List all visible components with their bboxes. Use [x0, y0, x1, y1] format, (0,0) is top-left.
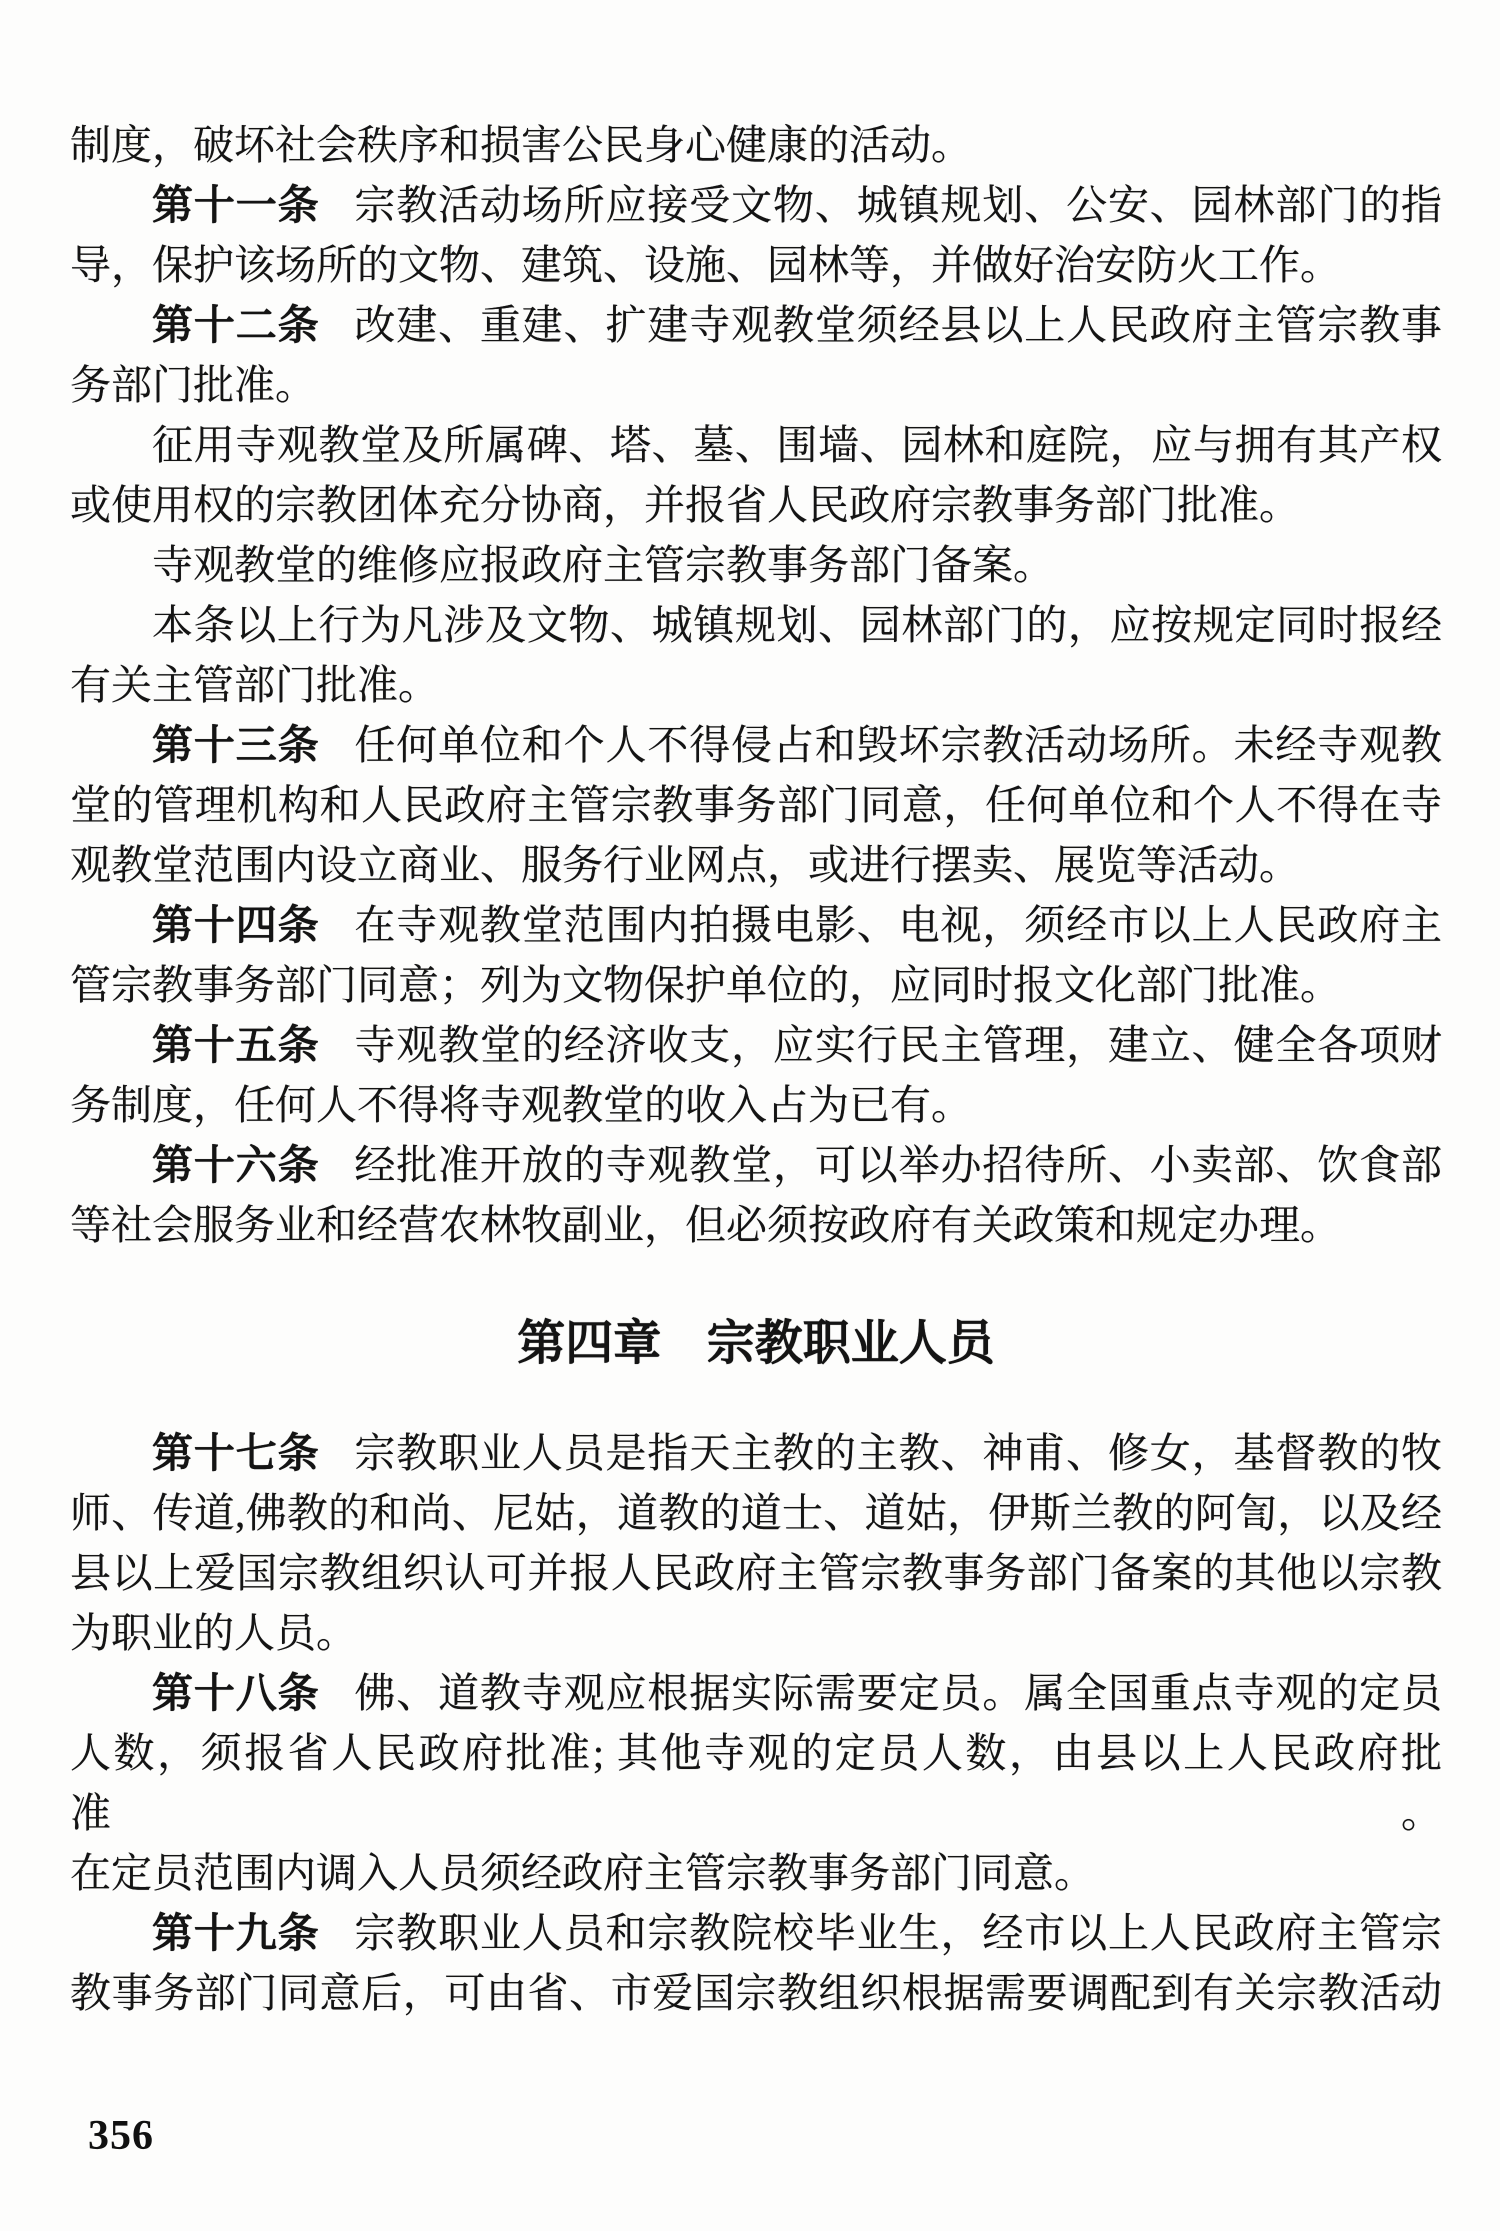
chapter-number: 第四章	[517, 1317, 661, 1370]
article-paragraph-line: 第十五条寺观教堂的经济收支，应实行民主管理，建立、健全各项财	[70, 1015, 1442, 1075]
article-paragraph-line: 第十四条在寺观教堂范围内拍摄电影、电视，须经市以上人民政府主	[70, 895, 1442, 955]
text-line: 为职业的人员。	[70, 1603, 1442, 1663]
article-paragraph-line: 第十九条宗教职业人员和宗教院校毕业生，经市以上人民政府主管宗	[70, 1903, 1442, 1963]
article-paragraph-line: 第十八条佛、道教寺观应根据实际需要定员。属全国重点寺观的定员	[70, 1663, 1442, 1723]
text-line: 有关主管部门批准。	[70, 655, 1442, 715]
article-number-label: 第十六条	[152, 1142, 319, 1188]
text-line: 或使用权的宗教团体充分协商，并报省人民政府宗教事务部门批准。	[70, 475, 1442, 535]
article-number-label: 第十三条	[152, 722, 319, 768]
article-number-label: 第十七条	[152, 1430, 319, 1476]
text-line: 导，保护该场所的文物、建筑、设施、园林等，并做好治安防火工作。	[70, 235, 1442, 295]
article-paragraph-line: 第十一条宗教活动场所应接受文物、城镇规划、公安、园林部门的指	[70, 175, 1442, 235]
text-line: 堂的管理机构和人民政府主管宗教事务部门同意，任何单位和个人不得在寺	[70, 775, 1442, 835]
article-number-label: 第十八条	[152, 1670, 319, 1716]
text-line: 观教堂范围内设立商业、服务行业网点，或进行摆卖、展览等活动。	[70, 835, 1442, 895]
article-paragraph-line: 第十三条任何单位和个人不得侵占和毁坏宗教活动场所。未经寺观教	[70, 715, 1442, 775]
chapter-title: 宗教职业人员	[707, 1317, 995, 1370]
text-line: 等社会服务业和经营农林牧副业，但必须按政府有关政策和规定办理。	[70, 1195, 1442, 1255]
text-line: 教事务部门同意后，可由省、市爱国宗教组织根据需要调配到有关宗教活动	[70, 1963, 1442, 2023]
article-number-label: 第十二条	[152, 302, 319, 348]
text-line: 务制度，任何人不得将寺观教堂的收入占为已有。	[70, 1075, 1442, 1135]
body-text: 制度，破坏社会秩序和损害公民身心健康的活动。第十一条宗教活动场所应接受文物、城镇…	[70, 115, 1442, 2023]
article-number-label: 第十四条	[152, 902, 319, 948]
article-number-label: 第十五条	[152, 1022, 319, 1068]
text-line: 制度，破坏社会秩序和损害公民身心健康的活动。	[70, 115, 1442, 175]
text-line: 管宗教事务部门同意；列为文物保护单位的，应同时报文化部门批准。	[70, 955, 1442, 1015]
text-line: 在定员范围内调入人员须经政府主管宗教事务部门同意。	[70, 1843, 1442, 1903]
article-number-label: 第十九条	[152, 1910, 319, 1956]
text-line: 征用寺观教堂及所属碑、塔、墓、围墙、园林和庭院，应与拥有其产权	[70, 415, 1442, 475]
text-line: 本条以上行为凡涉及文物、城镇规划、园林部门的，应按规定同时报经	[70, 595, 1442, 655]
text-line: 县以上爱国宗教组织认可并报人民政府主管宗教事务部门备案的其他以宗教	[70, 1543, 1442, 1603]
text-line: 寺观教堂的维修应报政府主管宗教事务部门备案。	[70, 535, 1442, 595]
article-paragraph-line: 第十二条改建、重建、扩建寺观教堂须经县以上人民政府主管宗教事	[70, 295, 1442, 355]
text-line: 务部门批准。	[70, 355, 1442, 415]
article-paragraph-line: 第十六条经批准开放的寺观教堂，可以举办招待所、小卖部、饮食部	[70, 1135, 1442, 1195]
text-line: 人数，须报省人民政府批准; 其他寺观的定员人数，由县以上人民政府批准。	[70, 1723, 1442, 1843]
chapter-heading: 第四章宗教职业人员	[70, 1311, 1442, 1377]
text-line: 师、传道,佛教的和尚、尼姑，道教的道士、道姑，伊斯兰教的阿訇，以及经	[70, 1483, 1442, 1543]
article-paragraph-line: 第十七条宗教职业人员是指天主教的主教、神甫、修女，基督教的牧	[70, 1423, 1442, 1483]
page-number: 356	[88, 2112, 154, 2160]
article-number-label: 第十一条	[152, 182, 319, 228]
document-page: 制度，破坏社会秩序和损害公民身心健康的活动。第十一条宗教活动场所应接受文物、城镇…	[0, 0, 1500, 2231]
